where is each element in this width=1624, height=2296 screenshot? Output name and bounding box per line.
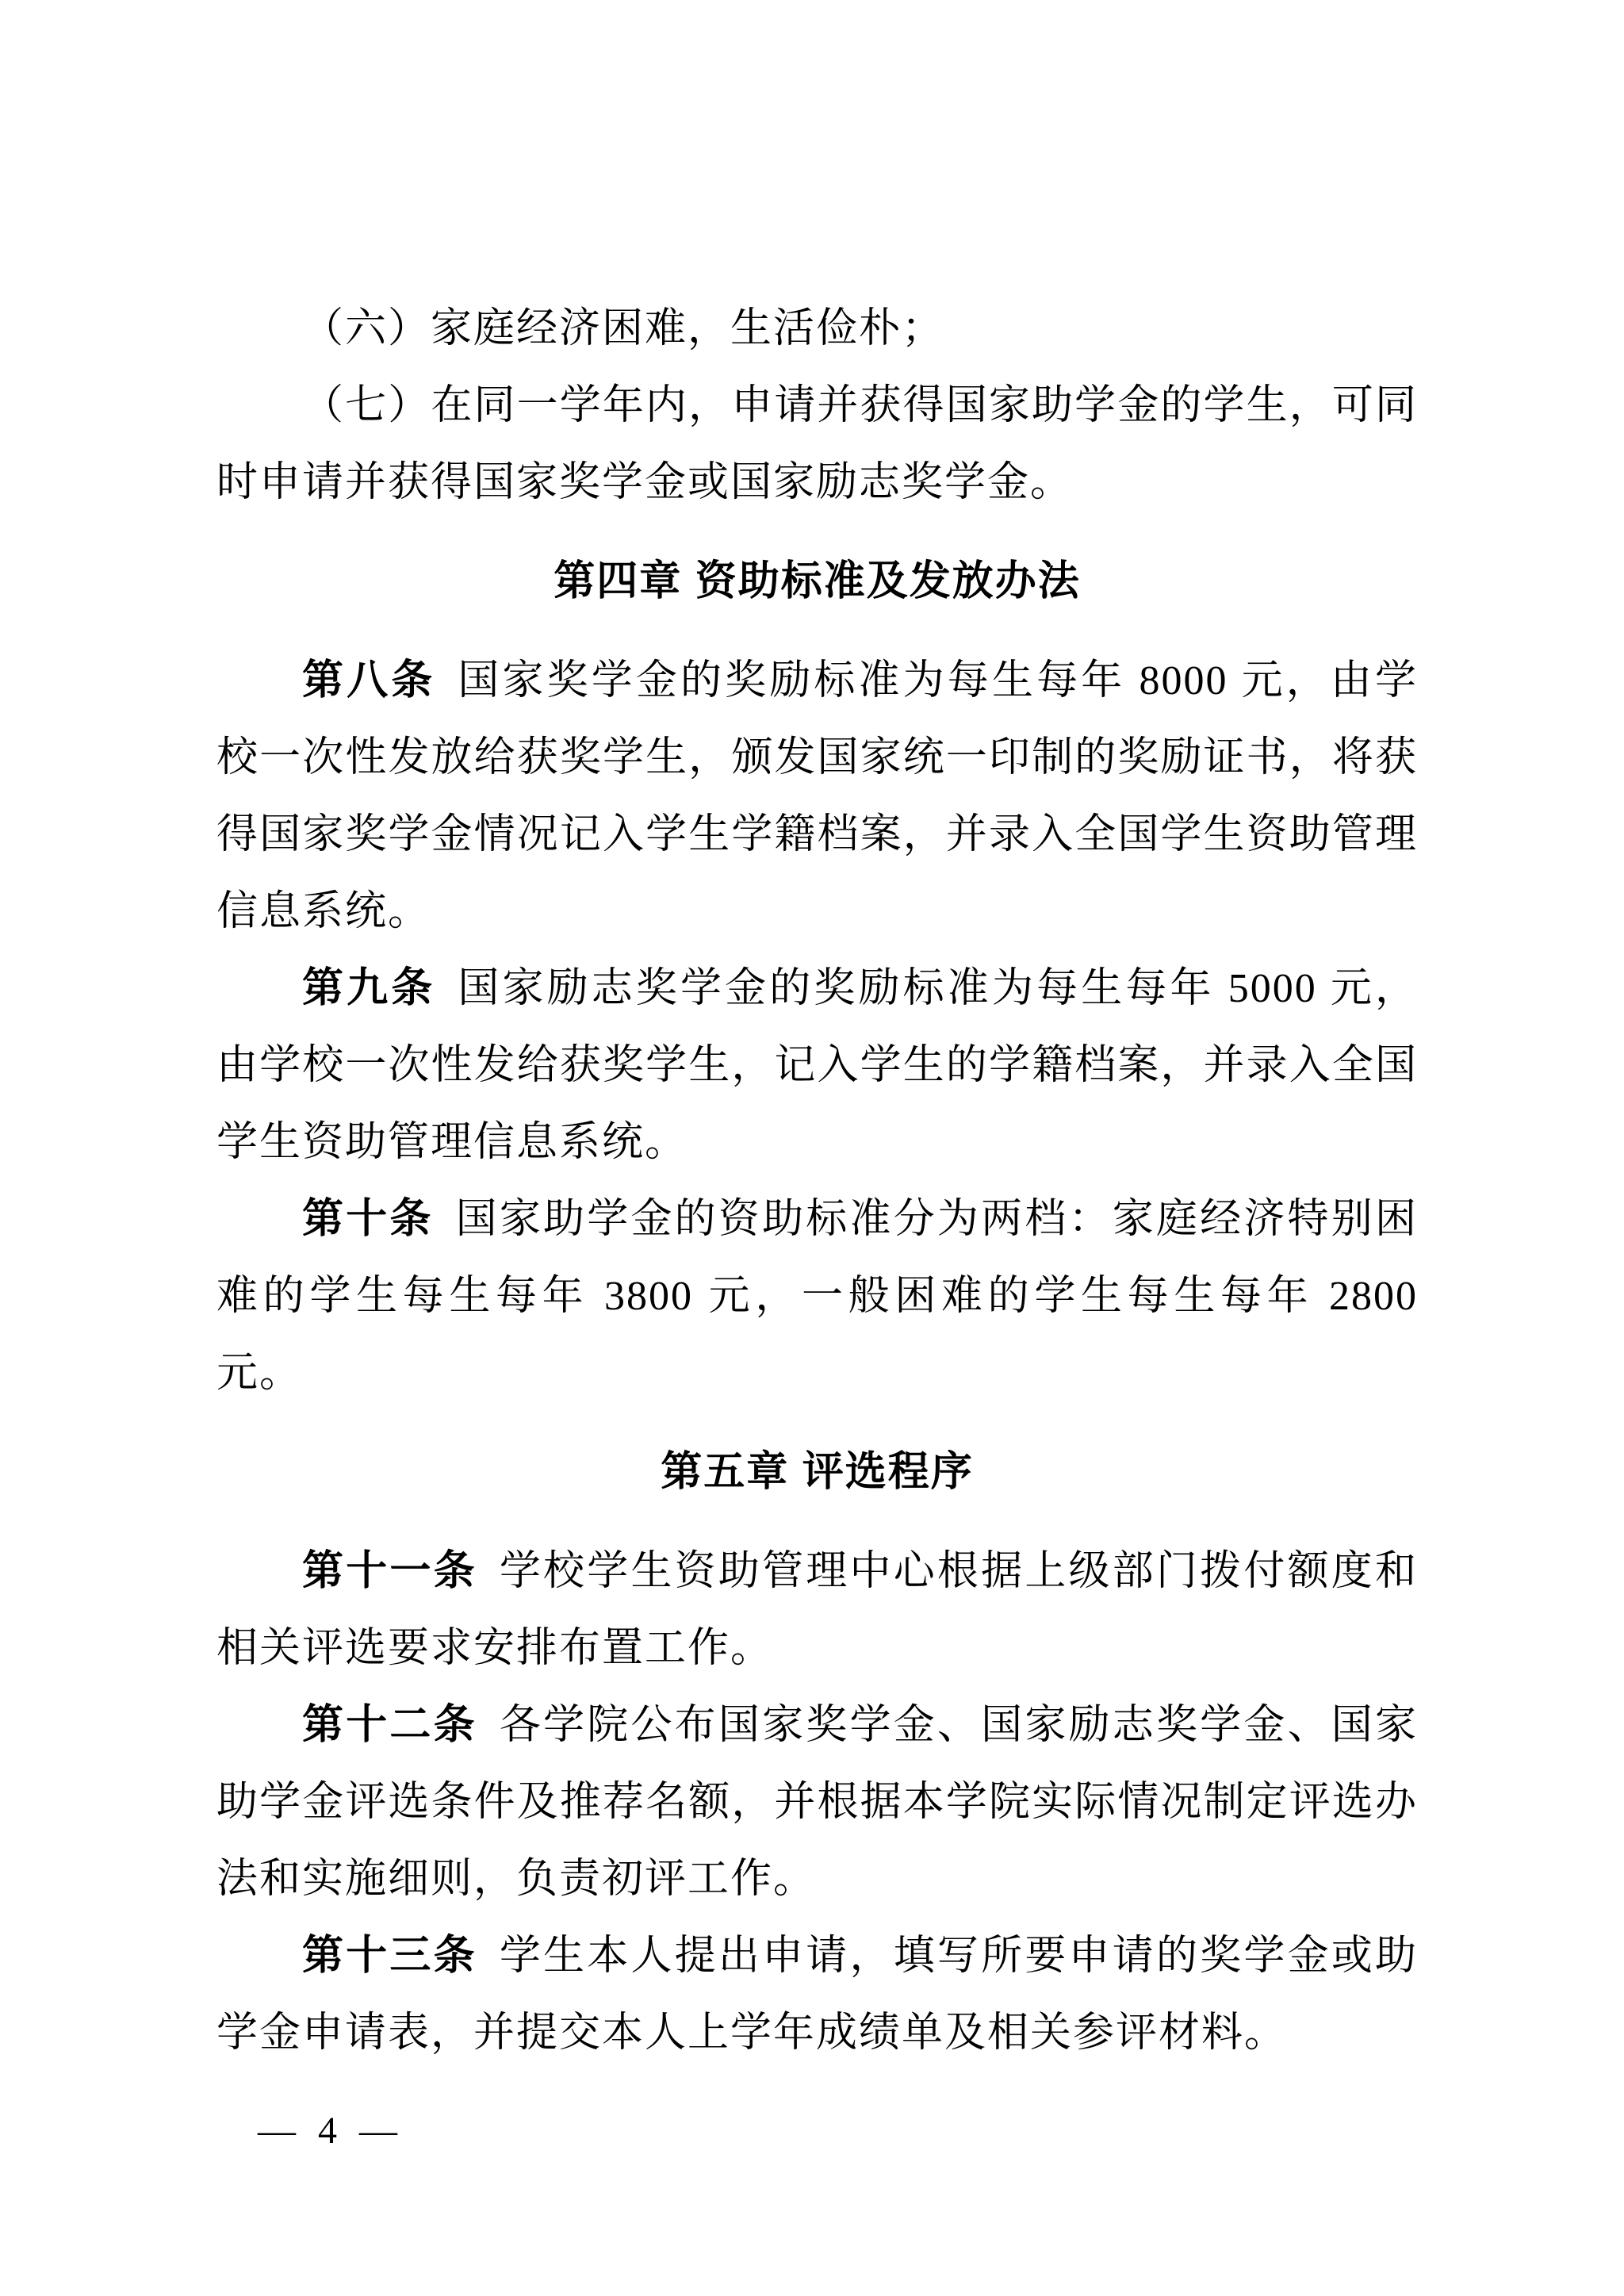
paragraph-item-6: （六）家庭经济困难，生活俭朴； bbox=[216, 290, 1418, 367]
article-number: 第十二条 bbox=[302, 1702, 477, 1748]
article-number: 第十一条 bbox=[302, 1548, 477, 1594]
paragraph-text: （七）在同一学年内，申请并获得国家助学金的学生，可同时申请并获得国家奖学金或国家… bbox=[216, 383, 1418, 505]
paragraph-article-10: 第十条国家助学金的资助标准分为两档：家庭经济特别困难的学生每生每年 3800 元… bbox=[216, 1181, 1418, 1412]
article-number: 第十条 bbox=[302, 1196, 434, 1242]
article-number: 第九条 bbox=[302, 965, 435, 1011]
chapter-4-heading: 第四章 资助标准及发放办法 bbox=[216, 543, 1418, 620]
paragraph-article-13: 第十三条学生本人提出申请，填写所要申请的奖学金或助学金申请表，并提交本人上学年成… bbox=[216, 1918, 1418, 2072]
paragraph-item-7: （七）在同一学年内，申请并获得国家助学金的学生，可同时申请并获得国家奖学金或国家… bbox=[216, 367, 1418, 521]
page-number: — 4 — bbox=[216, 2092, 1418, 2169]
document-page: （六）家庭经济困难，生活俭朴； （七）在同一学年内，申请并获得国家助学金的学生，… bbox=[0, 0, 1624, 2296]
article-number: 第十三条 bbox=[302, 1933, 477, 1979]
chapter-5-heading: 第五章 评选程序 bbox=[216, 1434, 1418, 1511]
paragraph-article-8: 第八条国家奖学金的奖励标准为每生每年 8000 元，由学校一次性发放给获奖学生，… bbox=[216, 642, 1418, 950]
chapter-heading-text: 第四章 资助标准及发放办法 bbox=[553, 558, 1080, 604]
chapter-heading-text: 第五章 评选程序 bbox=[661, 1449, 973, 1495]
article-number: 第八条 bbox=[302, 657, 435, 703]
paragraph-article-12: 第十二条各学院公布国家奖学金、国家励志奖学金、国家助学金评选条件及推荐名额，并根… bbox=[216, 1687, 1418, 1918]
paragraph-article-9: 第九条国家励志奖学金的奖励标准为每生每年 5000 元，由学校一次性发给获奖学生… bbox=[216, 950, 1418, 1181]
paragraph-text: （六）家庭经济困难，生活俭朴； bbox=[302, 306, 944, 351]
paragraph-article-11: 第十一条学校学生资助管理中心根据上级部门拨付额度和相关评选要求安排布置工作。 bbox=[216, 1533, 1418, 1687]
